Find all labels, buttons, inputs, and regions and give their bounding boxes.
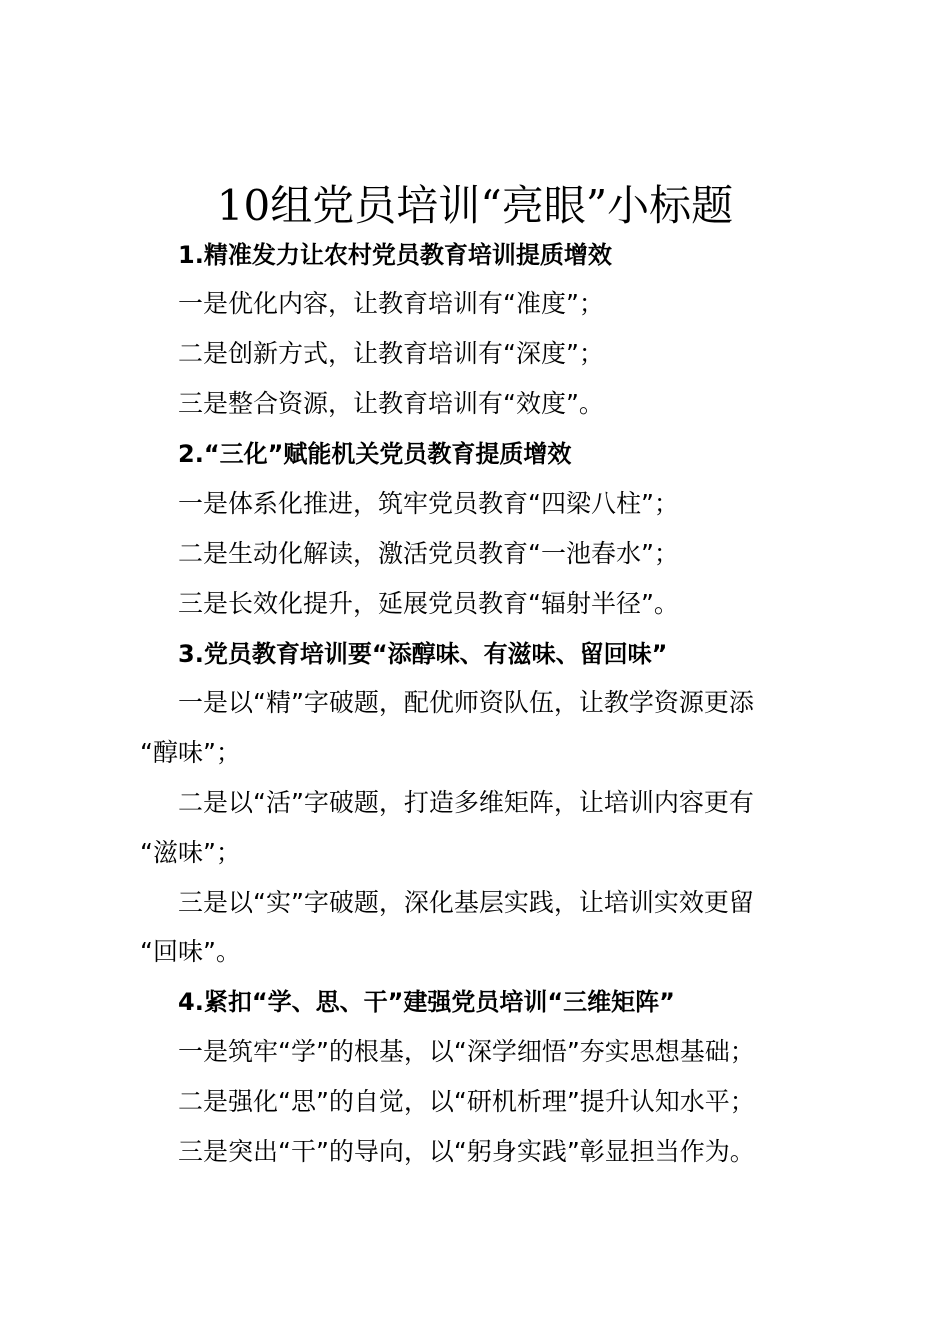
section-3-line-3: 三是以“实”字破题，深化基层实践，让培训实效更留 [140,885,840,921]
section-heading-2: 2.“三化”赋能机关党员教育提质增效 [140,436,840,472]
section-3-line-2: 二是以“活”字破题，打造多维矩阵，让培训内容更有 [140,785,840,821]
section-2-line-2: 二是生动化解读，激活党员教育“一池春水”； [140,536,840,572]
section-3-line-1: 一是以“精”字破题，配优师资队伍，让教学资源更添 [140,685,840,721]
section-2-line-1: 一是体系化推进，筑牢党员教育“四梁八柱”； [140,486,840,522]
section-3-line-2-cont: “滋味”； [140,835,840,871]
document-title: 10组党员培训“亮眼”小标题 [0,178,950,234]
section-1-line-1: 一是优化内容，让教育培训有“准度”； [140,286,840,322]
document-page: 10组党员培训“亮眼”小标题 1.精准发力让农村党员教育培训提质增效 一是优化内… [0,0,950,1344]
section-1-line-2: 二是创新方式，让教育培训有“深度”； [140,336,840,372]
section-1-line-3: 三是整合资源，让教育培训有“效度”。 [140,386,840,422]
section-4-line-3: 三是突出“干”的导向，以“躬身实践”彰显担当作为。 [140,1134,840,1170]
section-heading-3: 3.党员教育培训要“添醇味、有滋味、留回味” [140,636,840,672]
section-4-line-2: 二是强化“思”的自觉，以“研机析理”提升认知水平； [140,1084,840,1120]
section-3-line-1-cont: “醇味”； [140,735,840,771]
section-heading-4: 4.紧扣“学、思、干”建强党员培训“三维矩阵” [140,984,840,1020]
section-2-line-3: 三是长效化提升，延展党员教育“辐射半径”。 [140,586,840,622]
section-heading-1: 1.精准发力让农村党员教育培训提质增效 [140,237,840,273]
section-3-line-3-cont: “回味”。 [140,934,840,970]
section-4-line-1: 一是筑牢“学”的根基，以“深学细悟”夯实思想基础； [140,1034,840,1070]
